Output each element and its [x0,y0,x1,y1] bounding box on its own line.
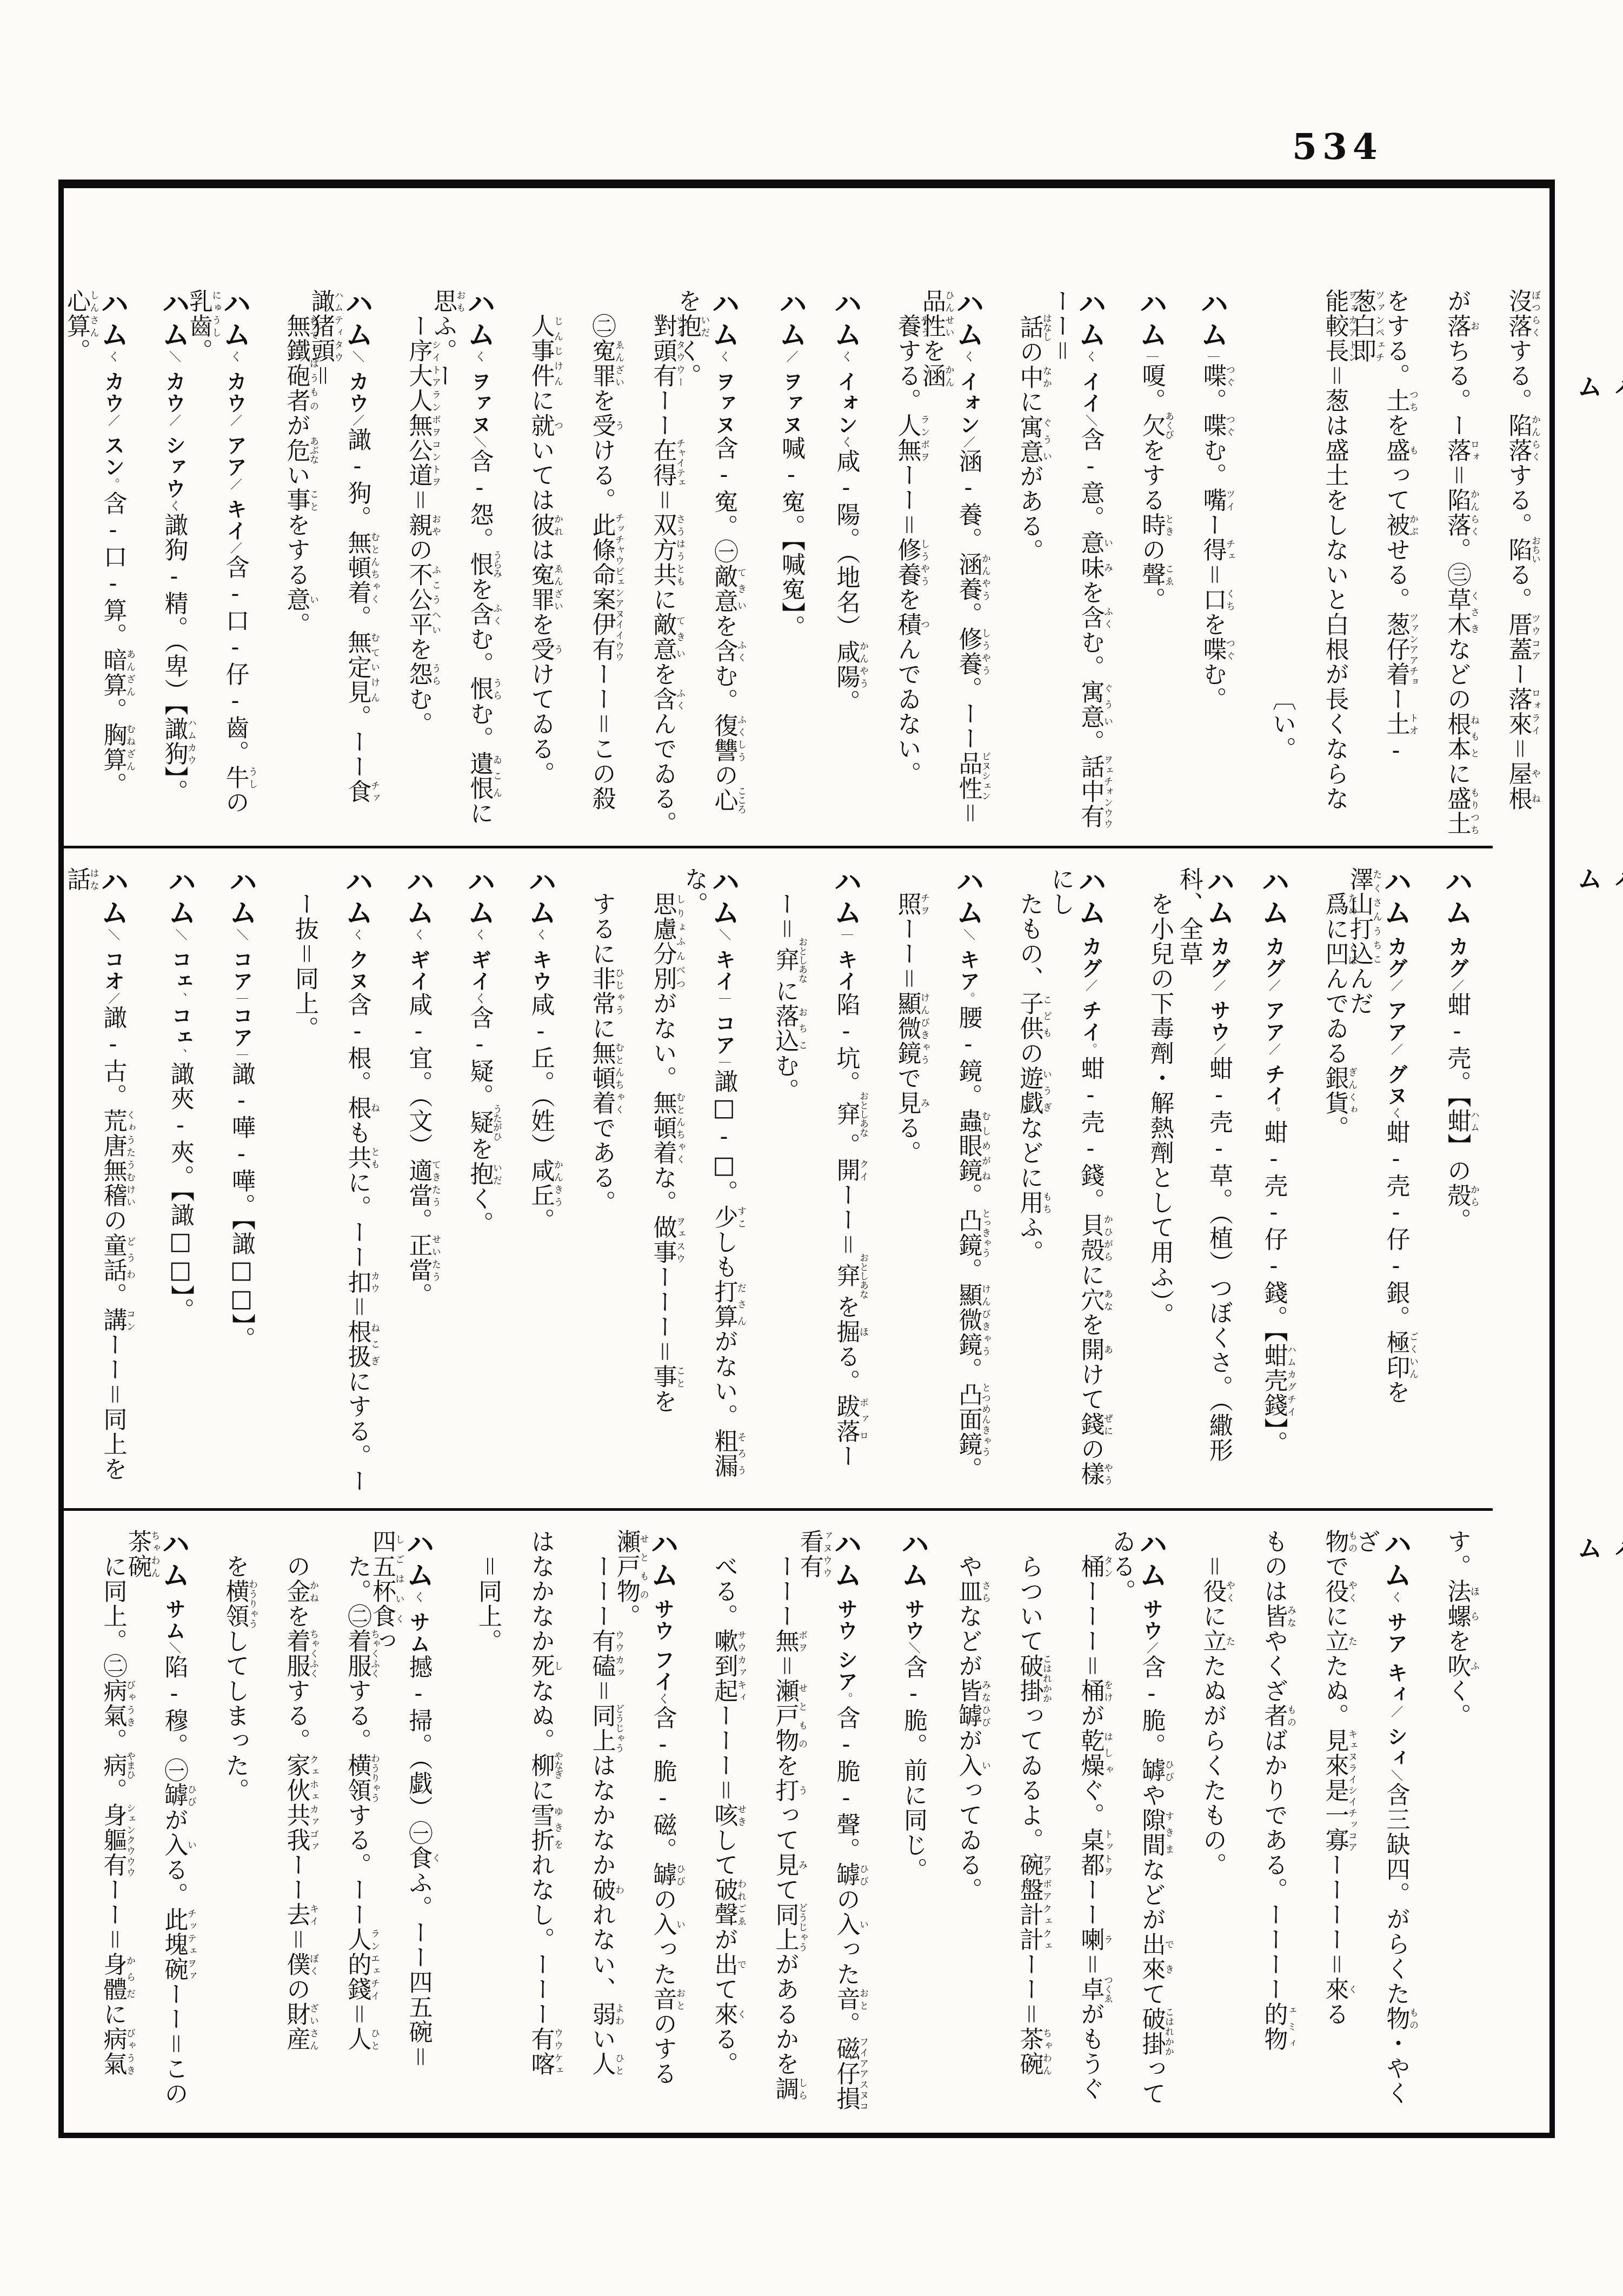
entry-column: ハム＼コア｜コア｜譀-嘩-嘩。【譀□□】。 [196,867,257,1499]
content-frame: 沒落ぼつらくする。陷落かんらくする。陷おちいる。厝蓋ツウコアー落來ロォライ＝屋根… [58,180,1555,2138]
entry-continuation-column: の金かねを着服ちゃくふくする。家伙共我クェホェカァゴァーー去キイ＝僕ぼくの財産ざ… [257,1554,318,2124]
entry-column: ハムくギイ咸-宜。（文）適當てきたう。正當せいたう。 [379,867,440,1499]
entry-column: ハムカグ／アア／チイ。蚶-壳-仔-錢。【蚶壳錢ハムカグチイ】。 [1234,867,1295,1499]
entry-continuation-column: 沒落ぼつらくする。陷落かんらくする。陷おちいる。厝蓋ツウコアー落來ロォライ＝屋根… [1479,289,1540,837]
entry-continuation-column: 養やうする。人無ランボヲーー＝修養しうやうを積つんでゐない。 [868,314,929,837]
entry-column: ハム＼カウ／シァウく譀狗-精。（卑）【譀狗ハムカウ】。 [135,289,196,837]
entry-continuation-column: 桶タンーーー＝桶をけが乾燥はしゃぐ。桌都トットヲーー喇ラ＝卓つくゑがもうぐ [1051,1554,1112,2124]
margin-label-char: ム [1569,373,1606,399]
entry-headword: ハム＼カウ／ [344,289,371,427]
entry-column: ハムくヲァヌ＼含-怨。恨うらみを含ふくむ。恨うらむ。遺恨ゐこんに思おもふ。ー [440,289,501,837]
entry-column: ハムくカウ／アア／キイ／含-口-仔-齒。牛うしの乳齒にゅうし。 [196,289,257,837]
entry-headword: ハム／ヲァヌ [777,289,805,436]
entry-column: ハムカグ／アア／グヌく蚶-壳-仔-銀。極印ごくいんを澤山打込たくさんうちこんだ [1356,867,1418,1499]
margin-label-char: ハ [1606,1535,1623,1561]
entry-headword: ハムくイイ＼ [1077,289,1105,427]
entry-headword: ハムくサム [405,1529,433,1655]
entry-headword: ハムくギイ [405,867,433,992]
entry-headword: ハム｜ [1199,289,1227,363]
margin-label-band2: ハム [1569,865,1623,964]
entry-continuation-column: ＝同上。 [440,1554,501,2124]
entry-continuation-column: を小兒の下毒劑・解熱劑として用ふ）。 [1112,892,1173,1499]
entry-headword: ハム＼キア。 [955,867,982,1005]
entry-continuation-column: ーーー無ボヲ＝瀬戸物せとものを打うって見みて同上どうじゃうがあるかを調しら [746,1554,807,2124]
entry-continuation-column: をする。土つちを盛もって被かぶせる。葱仔着ツァンアアチョー土トオ-葱白即ツァンペ… [1356,289,1418,837]
margin-label-char: ハ [1606,865,1623,891]
entry-continuation-column: 對頭有ツイタウウーーー在得チャイテェ＝双方共さうはうともに敵意てきいを含ふくんで… [623,314,684,837]
entry-column: ハムサウシア。含-脆-聲。罅ひびの入いった音おと。磁仔損看有フイアアスヌコァヌウ… [807,1529,868,2124]
entry-column: ハムくクヌ含-根。根ねも共ともに。ーー扣カウ＝根扱ねこぎにする。ー [318,867,379,1499]
entry-continuation-column: す。法螺ほらを吹ふく。 [1418,1529,1479,2124]
entry-column: ハムくサム撼-掃。（戯）㊀食くふ。ーー四五碗＝四五杯食しごはいくっ [379,1529,440,2124]
entry-continuation-column: はなかなか死しなぬ。柳やなぎに雪折ゆきをれなし。ーーー有喀ウウケェ [501,1529,562,2124]
entry-headword: ハムカグ／チイ。 [1077,867,1105,1056]
entry-continuation-column: ー＝穽おとしあなに落込おちこむ。 [746,892,807,1499]
entry-column: ハムサウ＼含-脆。前に同じ。 [868,1529,929,2124]
entry-column: ハムくイォンく咸-陽。（地名）咸陽かんやう。 [807,289,868,837]
entry-continuation-column: や皿さらなどが皆罅みなひびが入いってゐる。 [929,1554,990,2124]
entry-headword: ハムくイォンく [833,289,860,449]
entry-column: ハムくキウ咸-丘。（姓）咸丘かんきう。 [501,867,562,1499]
band-top: 沒落ぼつらくする。陷落かんらくする。陷おちいる。厝蓋ツウコアー落來ロォライ＝屋根… [64,188,1554,846]
entry-headword: ハムくキウ [527,867,555,992]
entry-column: ハム／ヲァヌ喊-寃。【喊寃】。 [746,289,807,837]
entry-headword: ハムサム＼ [161,1529,188,1655]
entry-column: ハムカグ／チイ。蚶-壳-錢。貝殻かひがらに穴あなを開あけて錢ぜにの樣やうにし [1051,867,1112,1499]
entry-continuation-column: 物もので役やくに立たたぬ。見來是一寡キェヌライシイチッコアーーーー＝來くる [1295,1529,1356,2124]
entry-column: ハムくギイく含-疑。疑うたがひを抱いだく。 [440,867,501,1499]
entry-continuation-column: ものは皆みなやくざ者ものばかりである。ーーーー的物ェミィ [1234,1529,1295,2124]
entry-headword: ハムくカウ／アア／キイ／ [222,289,249,555]
page-number: 534 [1292,125,1383,168]
entry-headword: ハム｜ [1138,289,1166,363]
entry-column: ハムカグ／蚶-壳。【蚶ハム】の殻から。 [1418,867,1479,1499]
entry-column: ハム＼コェ、コェ、譀夾-夾。【譀□□】。 [135,867,196,1499]
entry-headword: ハムサウ／ [1138,1529,1166,1655]
entry-column: ハムサム＼陷-穆。㊀罅ひびが入いる。此塊碗チッテェヲァーー＝この茶碗ちゃわん [135,1529,196,2124]
entry-column: ハム＼キイ｜コア｜譀□-□。少すこしも打算ださんがない。粗漏そろうな。 [684,867,746,1499]
entry-column: ハムくヲァヌ含-寃。㊀敵意てきいを含ふくむ。復讐ふくしうの心こころを抱いだく。 [684,289,746,837]
entry-column: ハムくイォン／涵-養。涵養かんやう。修養しうやう。ーー品性ピヌシェン＝品性ひんせ… [929,289,990,837]
entry-continuation-column: 話はなしの中なかに寓意ぐういがある。 [990,314,1051,837]
entry-continuation-column: ー抜＝同上。 [257,892,318,1499]
entry-column: ハム＼カウ／譀-狗。無頓着むとんちゃく。無定見むていけん。ーー食チァ譀猪頭ハムテ… [318,289,379,837]
entry-headword: ハムくギイく [466,867,494,1005]
band-middle: ハムカグ／蚶-壳。【蚶ハム】の殻から。ハムカグ／アア／グヌく蚶-壳-仔-銀。極印… [64,846,1493,1508]
entry-headword: ハムくヲァヌ＼ [466,289,494,449]
entry-headword: ハム＼カウ／シァウく [161,289,188,513]
entry-headword: ハム＼コオ／ [99,867,127,1005]
entry-headword: ハムサウシア。 [833,1529,860,1706]
entry-continuation-column: らついて破掛こはれかかってゐるよ。碗盤計計ヲアボアクェクェーー＝茶碗ちゃわん [990,1554,1051,2124]
entry-continuation-column: ＝役やくに立たたぬがらくたもの。 [1173,1554,1234,2124]
dictionary-page: 534 ハム ハム ハム 沒落ぼつらくする。陷落かんらくする。陷おちいる。厝蓋ツ… [0,0,1623,2296]
entry-column: ハム｜嗄。欠あくびをする時ときの聲こゑ。 [1112,289,1173,837]
entry-column: ハム＼キア。腰-鏡。蟲眼鏡むしめがね。凸鏡とっきゃう。顯微鏡けんびきゃう。凸面鏡… [929,867,990,1499]
entry-headword: ハムカグ／ [1444,867,1471,992]
entry-headword: ハムサウ＼ [900,1529,927,1655]
band-bottom: す。法螺ほらを吹ふく。ハムくサアキィ／シィ＼含三缺四。がらくた物もの・やくざ物も… [64,1508,1493,2133]
margin-label-char: ハ [1606,373,1623,399]
entry-column: ハム｜喋つぐ。喋つぐむ。嘴ツイー得チェ＝口くちを喋つぐむ。 [1173,289,1234,837]
entry-continuation-column: 爲ために凹くぼんでゐる銀貨ぎんくゎ。 [1295,892,1356,1499]
entry-headword: ハム＼キイ｜コア｜ [710,867,738,1069]
entry-headword: ハムくヲァヌ [710,289,738,436]
entry-continuation-column: た。㊁着服ちゃくふくする。横領わうりゃうする。ーー人的錢ランエェチイ＝人ひと [318,1554,379,2124]
entry-continuation-column: 照チヲーー＝顯微鏡けんびきゃうで見みる。 [868,892,929,1499]
entry-column: ハムくサアキィ／シィ＼含三缺四。がらくた物もの・やくざ [1356,1529,1418,2124]
entry-continuation-column: を横領わうりゃうしてしまった。 [196,1554,257,2124]
entry-column: ハムサウフイく含-脆-磁。罅ひびの入いった音おとのする瀬戸物せともの。 [623,1529,684,2124]
margin-label-band3: ハム [1569,1535,1623,1607]
entry-column: ハム＼コオ／譀-古。荒唐無稽くゎうたうむけいの童話どうわ。講コンーー＝同上を話は… [74,867,135,1499]
entry-continuation-column: たもの、子供こどもの遊戯いうぎなどに用もちふ。 [990,892,1051,1499]
entry-continuation-column: べる。嗽到起サウカァキィーーー＝咳せきして破聲われごゑが出でて來くる。 [684,1554,746,2124]
entry-headword: ハム｜キイ [833,867,860,992]
entry-continuation-column: 無鐵砲者むてっぱうものが危あぶない事ことをする意い。 [257,314,318,837]
entry-headword: ハムくイォン／ [955,289,982,449]
margin-label-char: ム [1569,865,1606,891]
entry-continuation-column: 〔い。 [1234,687,1295,837]
entry-continuation-column: ーーー有磕ウウカッ＝同上どうじゃうはなかなか破われない、弱よわい人ひと [562,1554,623,2124]
entry-continuation-column: 能較長ヲェカアトン＝葱は盛土をしないと白根が長くならな [1295,289,1356,837]
entry-headword: ハムくクヌ [344,867,371,992]
entry-headword: ハムカグ／サウ／ [1205,867,1233,1056]
entry-continuation-column: 人事件じんじけんに就ついては彼かれは寃罪ゑんざいを受うけてゐる。 [501,314,562,837]
entry-headword: ハムくカウ／スン。 [99,289,127,491]
entry-continuation-column: が落おちる。ー落ロォ＝陷落かんらく。㊂草木くさきなどの根本ねもとに盛土もりつち [1418,289,1479,837]
entry-headword: ハムサウフイく [649,1529,677,1706]
entry-continuation-column: するに非常ひじゃうに無頓着むとんちゃくである。 [562,892,623,1499]
entry-headword: ハムくサアキィ／シィ＼ [1382,1529,1410,1782]
entry-continuation-column: に同上。㊁病氣びゃうき。病やまひ。身軀有シェンクウウウーー＝身體からだに病氣びゃ… [74,1554,135,2124]
entry-column: ハムくカウ／スン。含-口-算。暗算あんざん。胸算むねざん。心算しんさん。 [74,289,135,837]
entry-headword: ハムカグ／アア／チイ。 [1260,867,1288,1120]
entry-headword: ハムカグ／アア／グヌく [1382,867,1410,1120]
entry-continuation-column: ー序大人シイトアラン無公道ボヲコントヲ＝親おやの不公平ふこうへいを怨うらむ。 [379,314,440,837]
entry-continuation-column: ㊁寃罪ゑんざいを受うける。此條命案伊有チッチャウビェンアヌイイウウーー＝この殺 [562,314,623,837]
entry-continuation-column: 思慮分別しりょふんべつがない。無頓着むとんちゃくな。做事ヲェスウーーー＝事ことを [623,892,684,1499]
entry-column: ハム｜キイ陷-坑。穽おとしあな。開クイーー＝穽おとしあなを掘ほる。跋落ポァロー [807,867,868,1499]
margin-label-char: ム [1569,1535,1606,1561]
entry-headword: ハム＼コア｜コア｜ [228,867,255,1061]
entry-headword: ハム＼コェ、コェ、 [167,867,194,1061]
entry-column: ハムくイイ＼含-意。意味いみを含ふくむ。寓意ぐうい。話中有ヲェチォンウウーー＝ [1051,289,1112,837]
entry-column: ハムカグ／サウ／蚶-壳-草。（植）つぼくさ。（繖形科、全草 [1173,867,1234,1499]
margin-label-band1: ハム [1569,373,1623,526]
entry-column: ハムサウ／含-脆。罅ひびや隙間すきまなどが出來できて破掛こはれかかってゐる。 [1112,1529,1173,2124]
